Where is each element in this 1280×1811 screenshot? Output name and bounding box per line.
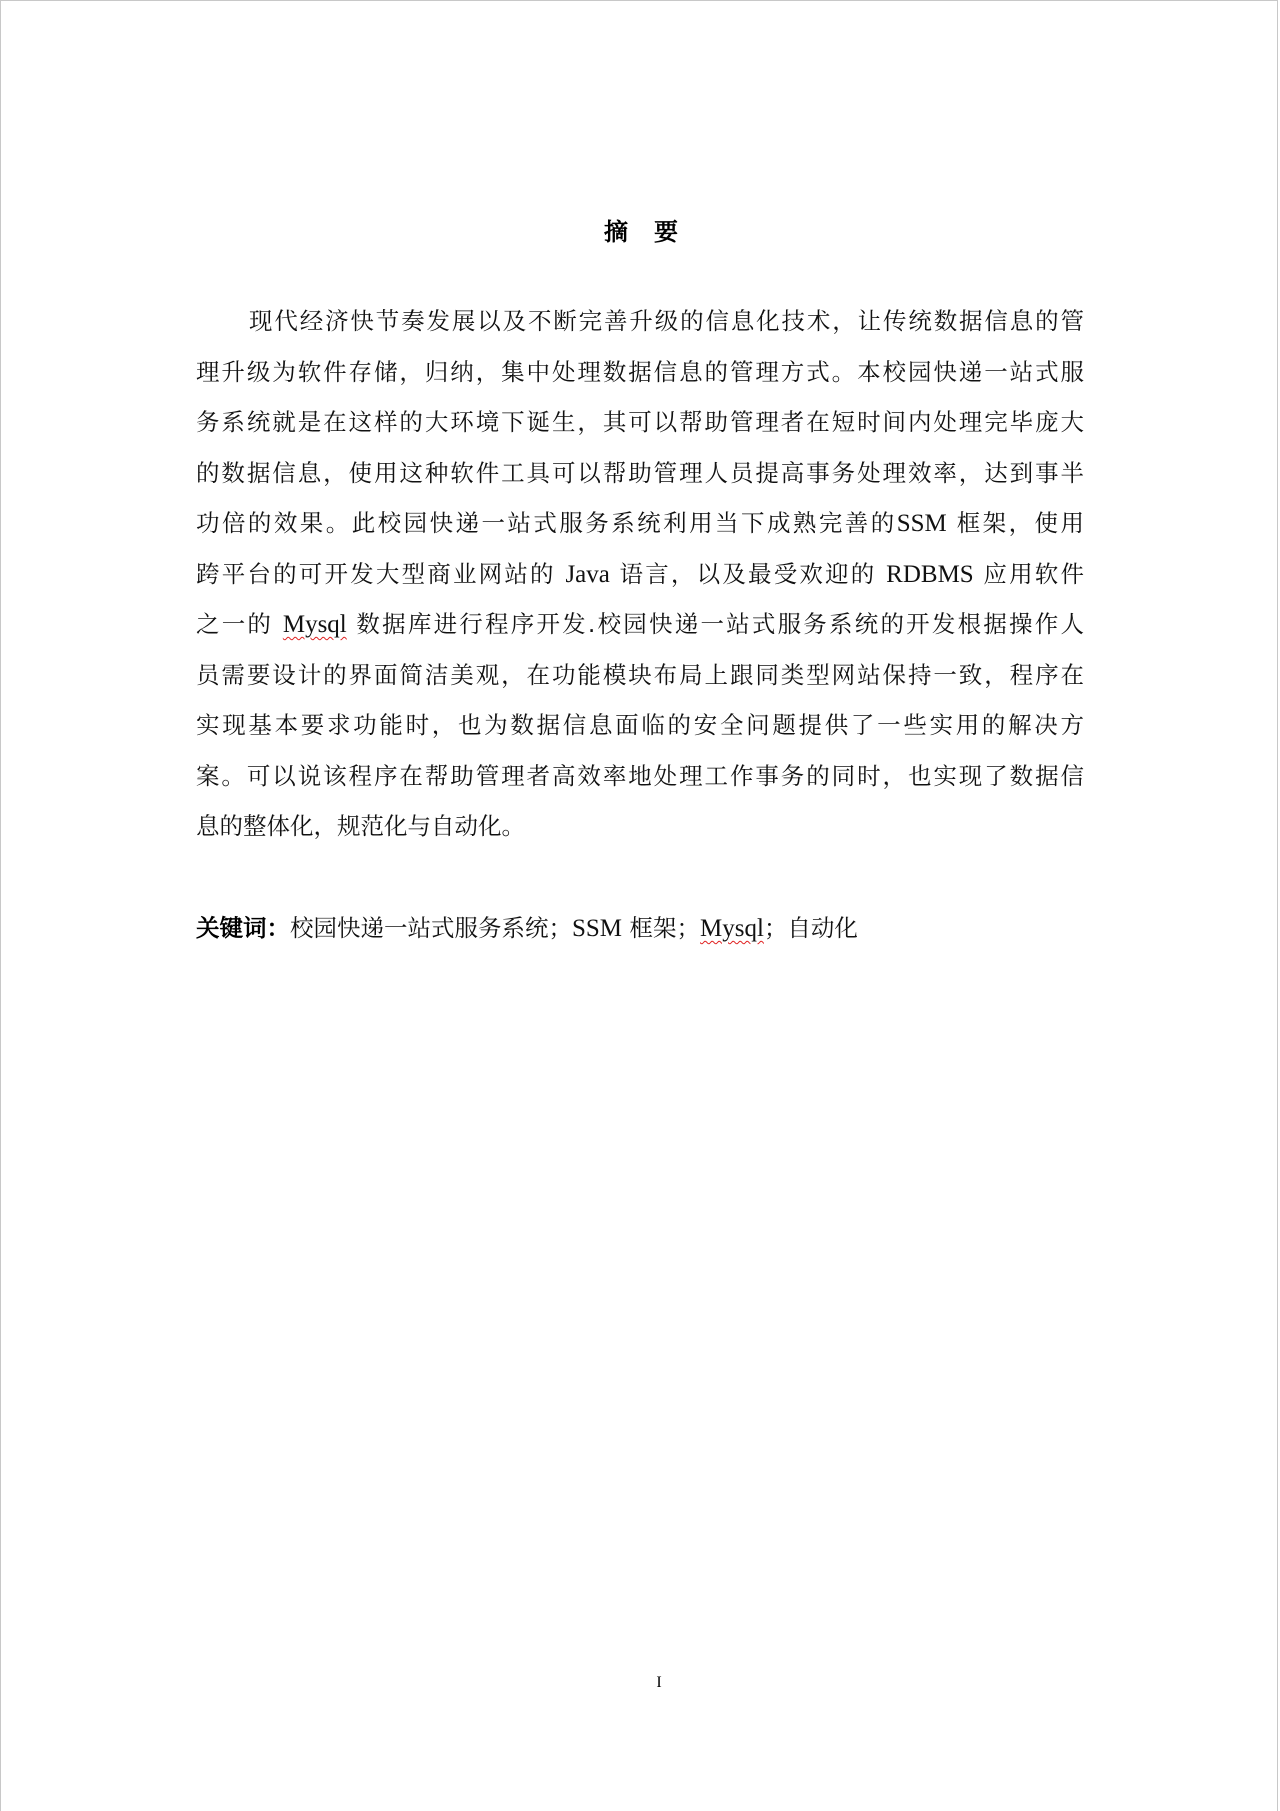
term-ssm: SSM bbox=[897, 510, 947, 537]
line-text: 应用软件 bbox=[974, 560, 1084, 588]
keyword-mysql-spellcheck[interactable]: Mysql bbox=[700, 915, 764, 942]
line-text: 案。可以说该程序在帮助管理者高效率地处理工作事务的同时，也实现了数据信 bbox=[196, 762, 1084, 790]
line-text: 息的整体化，规范化与自动化。 bbox=[196, 812, 525, 840]
line-text: 的数据信息，使用这种软件工具可以帮助管理人员提高事务处理效率，达到事半 bbox=[196, 459, 1084, 487]
term-mysql-spellcheck[interactable]: Mysql bbox=[283, 611, 347, 638]
keywords-label: 关键词： bbox=[196, 914, 290, 942]
abstract-line: 跨平台的可开发大型商业网站的 Java 语言，以及最受欢迎的 RDBMS 应用软… bbox=[196, 549, 1084, 600]
line-text: 之一的 bbox=[196, 610, 283, 638]
abstract-line: 务系统就是在这样的大环境下诞生，其可以帮助管理者在短时间内处理完毕庞大 bbox=[196, 397, 1084, 448]
line-text: 现代经济快节奏发展以及不断完善升级的信息化技术，让传统数据信息的管 bbox=[249, 307, 1084, 335]
line-text: 员需要设计的界面简洁美观，在功能模块布局上跟同类型网站保持一致，程序在 bbox=[196, 661, 1084, 689]
title-char-1: 摘 bbox=[604, 218, 628, 246]
abstract-line: 之一的 Mysql 数据库进行程序开发.校园快递一站式服务系统的开发根据操作人 bbox=[196, 599, 1084, 650]
page-number: I bbox=[1, 1671, 1280, 1695]
line-text: 跨平台的可开发大型商业网站的 bbox=[196, 560, 565, 588]
title-char-2: 要 bbox=[654, 218, 678, 246]
abstract-line: 的数据信息，使用这种软件工具可以帮助管理人员提高事务处理效率，达到事半 bbox=[196, 448, 1084, 499]
keywords-line: 关键词：校园快递一站式服务系统；SSM 框架；Mysql；自动化 bbox=[196, 906, 858, 950]
abstract-line: 息的整体化，规范化与自动化。 bbox=[196, 801, 1084, 852]
line-text: 数据库进行程序开发.校园快递一站式服务系统的开发根据操作人 bbox=[347, 610, 1084, 638]
line-text: 语言，以及最受欢迎的 bbox=[610, 560, 886, 588]
abstract-line: 实现基本要求功能时，也为数据信息面临的安全问题提供了一些实用的解决方 bbox=[196, 700, 1084, 751]
line-text: 理升级为软件存储，归纳，集中处理数据信息的管理方式。本校园快递一站式服 bbox=[196, 358, 1084, 386]
keyword-separator: ； bbox=[549, 914, 573, 942]
line-text: 实现基本要求功能时，也为数据信息面临的安全问题提供了一些实用的解决方 bbox=[196, 711, 1084, 739]
abstract-line: 员需要设计的界面简洁美观，在功能模块布局上跟同类型网站保持一致，程序在 bbox=[196, 650, 1084, 701]
term-java: Java bbox=[565, 561, 609, 588]
abstract-body: 现代经济快节奏发展以及不断完善升级的信息化技术，让传统数据信息的管 理升级为软件… bbox=[196, 296, 1084, 852]
term-rdbms: RDBMS bbox=[886, 561, 974, 588]
abstract-line: 案。可以说该程序在帮助管理者高效率地处理工作事务的同时，也实现了数据信 bbox=[196, 751, 1084, 802]
keyword-ssm: SSM bbox=[572, 915, 622, 942]
abstract-line: 功倍的效果。此校园快递一站式服务系统利用当下成熟完善的SSM 框架，使用 bbox=[196, 498, 1084, 549]
abstract-line: 现代经济快节奏发展以及不断完善升级的信息化技术，让传统数据信息的管 bbox=[196, 296, 1084, 347]
document-page: 摘要 现代经济快节奏发展以及不断完善升级的信息化技术，让传统数据信息的管 理升级… bbox=[0, 0, 1278, 1811]
keyword-system: 校园快递一站式服务系统 bbox=[290, 914, 549, 942]
abstract-line: 理升级为软件存储，归纳，集中处理数据信息的管理方式。本校园快递一站式服 bbox=[196, 347, 1084, 398]
keyword-automation: ；自动化 bbox=[764, 914, 858, 942]
line-text: 务系统就是在这样的大环境下诞生，其可以帮助管理者在短时间内处理完毕庞大 bbox=[196, 408, 1084, 436]
line-text: 框架，使用 bbox=[947, 509, 1084, 537]
line-text: 功倍的效果。此校园快递一站式服务系统利用当下成熟完善的 bbox=[196, 509, 897, 537]
keyword-framework: 框架； bbox=[622, 914, 700, 942]
abstract-title: 摘要 bbox=[1, 217, 1280, 247]
